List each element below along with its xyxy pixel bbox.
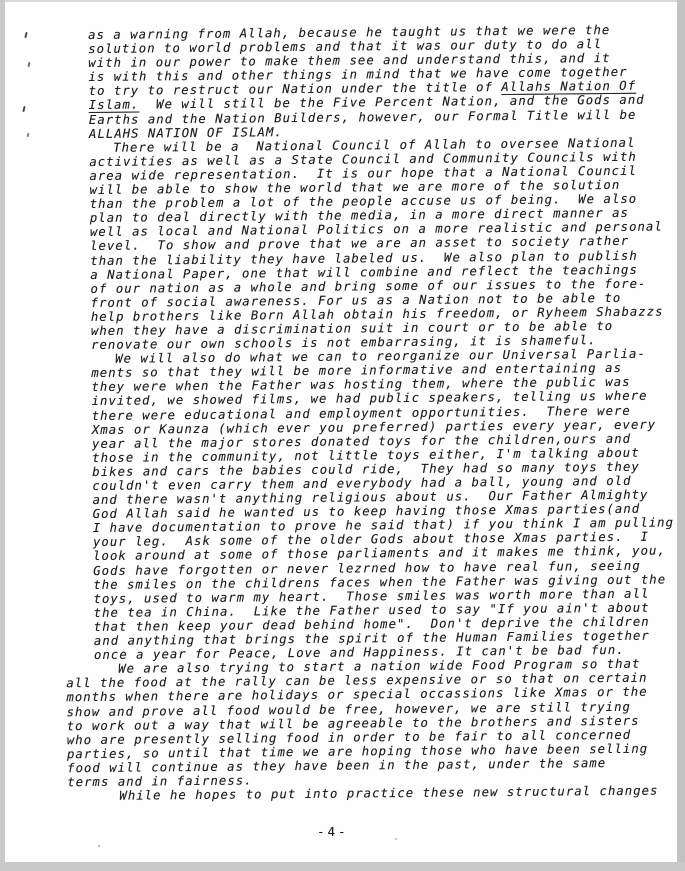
scan-edge-top — [0, 0, 685, 2]
scan-edge-bottom — [0, 862, 685, 871]
paragraph-national-council: There will be a National Council of Alla… — [89, 135, 677, 352]
underlined-text: Allahs Nation Of — [501, 79, 636, 94]
margin-speck — [27, 133, 30, 137]
underlined-text: Islam. — [89, 98, 140, 112]
margin-speck — [24, 32, 27, 38]
paragraph-restructuring: as a warning from Allah, because he taug… — [88, 22, 675, 140]
scan-edge-left — [0, 0, 5, 871]
paragraph-parliaments: We will also do what we can to reorganiz… — [91, 347, 680, 663]
margin-speck — [98, 845, 100, 847]
margin-speck — [395, 838, 397, 840]
document-body: as a warning from Allah, because he taug… — [88, 22, 681, 803]
scanned-document-page: as a warning from Allah, because he taug… — [0, 0, 685, 871]
page-number: -4- — [317, 824, 349, 839]
margin-speck — [22, 106, 25, 112]
paragraph-food-program: We are also trying to start a nation wid… — [66, 657, 681, 790]
margin-speck — [27, 62, 30, 67]
